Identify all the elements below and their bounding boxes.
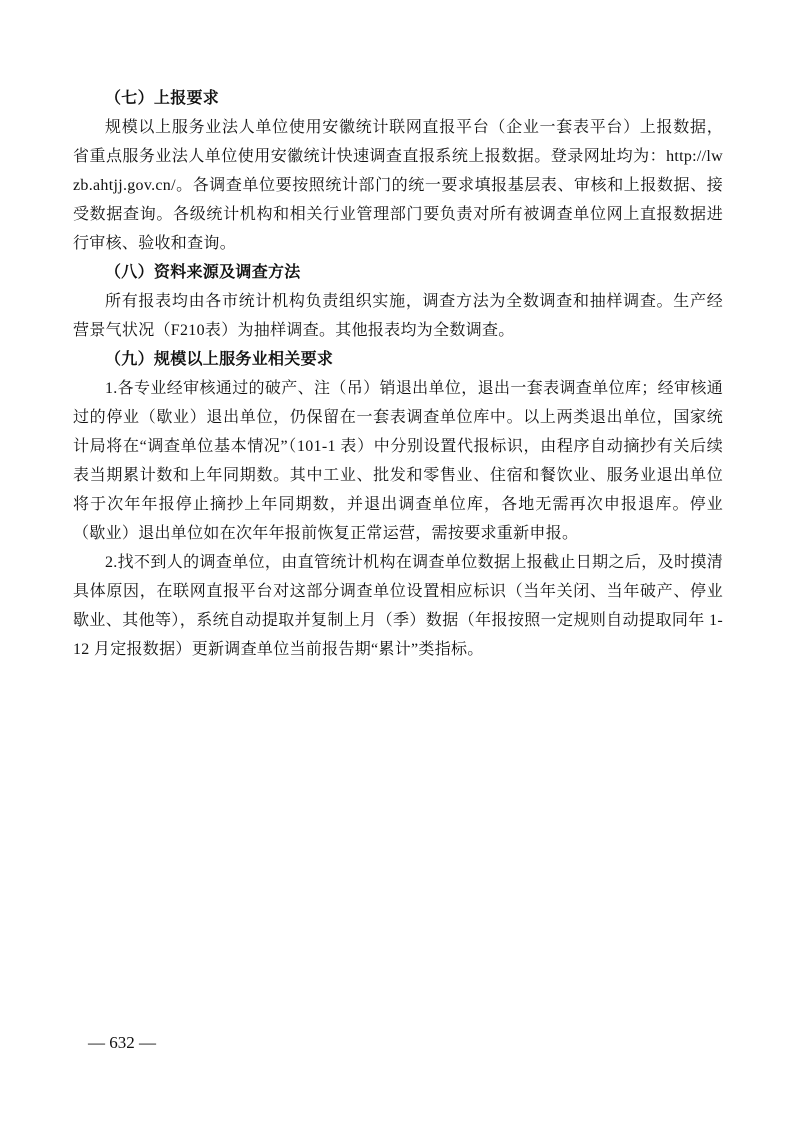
section-heading-8: （八）资料来源及调查方法 [73, 258, 723, 287]
document-page: （七）上报要求 规模以上服务业法人单位使用安徽统计联网直报平台（企业一套表平台）… [0, 0, 793, 1122]
section-heading-7: （七）上报要求 [73, 84, 723, 113]
paragraph-reporting-requirements: 规模以上服务业法人单位使用安徽统计联网直报平台（企业一套表平台）上报数据，省重点… [73, 113, 723, 258]
document-content: （七）上报要求 规模以上服务业法人单位使用安徽统计联网直报平台（企业一套表平台）… [73, 84, 723, 664]
paragraph-item-1: 1.各专业经审核通过的破产、注（吊）销退出单位，退出一套表调查单位库；经审核通过… [73, 374, 723, 548]
paragraph-data-sources: 所有报表均由各市统计机构负责组织实施，调查方法为全数调查和抽样调查。生产经营景气… [73, 287, 723, 345]
section-heading-9: （九）规模以上服务业相关要求 [73, 345, 723, 374]
page-footer: — 632 — [88, 1031, 156, 1055]
paragraph-item-2: 2.找不到人的调查单位，由直管统计机构在调查单位数据上报截止日期之后，及时摸清具… [73, 548, 723, 664]
page-number: — 632 — [88, 1033, 156, 1052]
